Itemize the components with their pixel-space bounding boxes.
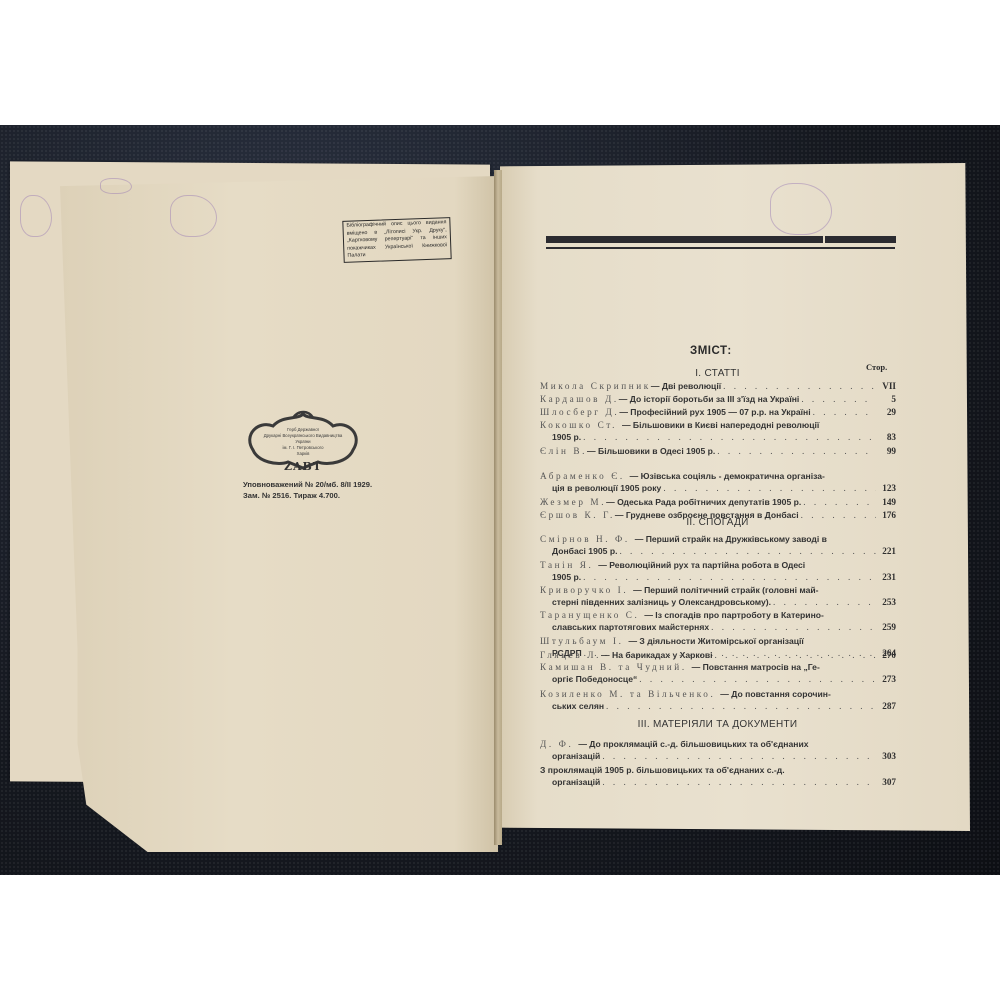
section-heading: ІІ. СПОГАДИ <box>540 517 895 528</box>
entry-title-cont: оргіє Победоносце“ <box>552 674 637 686</box>
leader-dots <box>723 381 876 393</box>
entry-title: — Дві революції <box>651 381 721 393</box>
toc-entry: Гляцев Л. — На барикадах у Харкові270 <box>540 650 896 662</box>
entry-title: — Революційний рух та партійна робота в … <box>598 560 805 570</box>
entry-author: Шлосберг Д. <box>540 407 619 419</box>
ornament-text: Герб Державної Друкарні Всеукраїнського … <box>263 427 343 457</box>
entry-page: 259 <box>878 622 896 634</box>
entry-page: 99 <box>878 446 896 458</box>
entry-author: Єлін В. <box>540 446 587 458</box>
toc-title: ЗМІСТ: <box>690 345 732 357</box>
entry-page: 5 <box>878 394 896 406</box>
leader-dots <box>639 674 876 686</box>
leader-dots <box>619 546 876 558</box>
entry-title: — Більшовики в Києві напередодні революц… <box>622 420 819 430</box>
entry-page: 123 <box>878 483 896 495</box>
entry-author: Камишан В. та Чудний. <box>540 662 692 672</box>
entry-title: — На барикадах у Харкові <box>601 650 713 662</box>
entry-title: — Юзівська соціяль - демократична органі… <box>630 471 825 481</box>
toc-entry: Єлін В. — Більшовики в Одесі 1905 р.99 <box>540 446 896 458</box>
toc-entry: Криворучко І. — Перший політичний страйк… <box>540 585 896 608</box>
rule-gap <box>823 236 825 243</box>
entry-title: — Одеська Рада робітничих депутатів 1905… <box>606 497 801 509</box>
leader-dots <box>813 407 876 419</box>
entry-author: Кокошко Ст. <box>540 420 622 430</box>
leader-dots <box>715 650 877 662</box>
toc-entry: Жезмер М. — Одеська Рада робітничих депу… <box>540 497 896 509</box>
leader-dots <box>773 597 876 609</box>
entry-title: — Із спогадів про партроботу в Катерино- <box>644 610 824 620</box>
entry-author: Козиленко М. та Вільченко. <box>540 689 720 699</box>
toc-entry: Д. Ф. — До проклямацій с.-д. більшовицьк… <box>540 739 896 762</box>
leader-dots <box>602 777 876 789</box>
book-spine <box>494 170 502 845</box>
ink-stain <box>20 195 52 237</box>
leader-dots <box>583 572 876 584</box>
entry-title-cont: організацій <box>552 777 600 789</box>
entry-author: Абраменко Є. <box>540 471 630 481</box>
entry-title: — До проклямацій с.-д. більшовицьких та … <box>578 739 808 749</box>
entry-author: Таранущенко С. <box>540 610 644 620</box>
leader-dots <box>663 483 876 495</box>
section-heading: І. СТАТТІ <box>540 368 895 379</box>
toc-entry: Микола Скрипник — Дві революціїVII <box>540 381 896 393</box>
printer-ornament: Герб Державної Друкарні Всеукраїнського … <box>243 410 363 476</box>
entry-title-cont: ських селян <box>552 701 604 713</box>
entry-author: Микола Скрипник <box>540 381 651 393</box>
entry-page: VII <box>878 381 896 393</box>
entry-title: — Повстання матросів на „Ге- <box>692 662 820 672</box>
ink-stain <box>100 178 132 194</box>
toc-entry: Кокошко Ст. — Більшовики в Києві наперед… <box>540 420 896 443</box>
entry-page: 307 <box>878 777 896 789</box>
leader-dots <box>711 622 876 634</box>
entry-page: 149 <box>878 497 896 509</box>
toc-entry: З проклямацій 1905 р. більшовицьких та о… <box>540 765 896 788</box>
entry-page: 287 <box>878 701 896 713</box>
entry-title-cont: організацій <box>552 751 600 763</box>
entry-title: — Перший страйк на Дружківському заводі … <box>635 534 827 544</box>
leader-dots <box>801 394 876 406</box>
toc-entry: Танін Я. — Революційний рух та партійна … <box>540 560 896 583</box>
entry-page: 253 <box>878 597 896 609</box>
entry-author: Танін Я. <box>540 560 598 570</box>
entry-page: 221 <box>878 546 896 558</box>
toc-entry: Кардашов Д. — До історії боротьби за ІІІ… <box>540 394 896 406</box>
entry-title-cont: Донбасі 1905 р. <box>552 546 617 558</box>
entry-author: Д. Ф. <box>540 739 578 749</box>
toc-entry: Абраменко Є. — Юзівська соціяль - демокр… <box>540 471 896 494</box>
entry-author: Кардашов Д. <box>540 394 619 406</box>
leader-dots <box>717 446 876 458</box>
entry-title: — Перший політичний страйк (головні май- <box>633 585 818 595</box>
entry-title: — Професійний рух 1905 — 07 р.р. на Укра… <box>619 407 810 419</box>
entry-title-cont: стерні південних залізниць у Олександров… <box>552 597 771 609</box>
ink-stain <box>170 195 217 237</box>
toc-entry: Камишан В. та Чудний. — Повстання матрос… <box>540 662 896 685</box>
entry-page: 29 <box>878 407 896 419</box>
entry-page: 303 <box>878 751 896 763</box>
entry-title-cont: 1905 р. <box>552 572 581 584</box>
leader-dots <box>606 701 876 713</box>
entry-page: 231 <box>878 572 896 584</box>
leader-dots <box>602 751 876 763</box>
toc-entry: Смірнов Н. Ф. — Перший страйк на Дружків… <box>540 534 896 557</box>
header-rule-thin <box>546 247 895 249</box>
leader-dots <box>583 432 876 444</box>
entry-author: Штульбаум І. <box>540 636 628 646</box>
entry-author: Гляцев Л. <box>540 650 601 662</box>
entry-page: 270 <box>878 650 896 662</box>
toc-entry: Козиленко М. та Вільченко. — До повстанн… <box>540 689 896 712</box>
imprint-info: Уповноважений № 20/мб. 8/II 1929. Зам. №… <box>243 479 393 501</box>
leader-dots <box>803 497 876 509</box>
toc-entry: Шлосберг Д. — Професійний рух 1905 — 07 … <box>540 407 896 419</box>
entry-title: — Більшовики в Одесі 1905 р. <box>587 446 715 458</box>
entry-title: З проклямацій 1905 р. більшовицьких та о… <box>540 765 785 775</box>
entry-author: Смірнов Н. Ф. <box>540 534 635 544</box>
entry-title-cont: 1905 р. <box>552 432 581 444</box>
bibliographic-stamp: Бібліографічний опис цього видання вміще… <box>342 217 451 263</box>
left-page <box>60 176 498 852</box>
entry-author: Криворучко І. <box>540 585 633 595</box>
entry-title: — До історії боротьби за ІІІ з'їзд на Ук… <box>619 394 800 406</box>
ornament-monogram: ZABT <box>278 460 328 473</box>
toc-entry: Таранущенко С. — Із спогадів про партроб… <box>540 610 896 633</box>
entry-page: 83 <box>878 432 896 444</box>
header-rule-thick <box>546 236 896 243</box>
entry-page: 273 <box>878 674 896 686</box>
entry-title-cont: славських партотягових майстернях <box>552 622 709 634</box>
section-heading: ІІІ. МАТЕРІЯЛИ ТА ДОКУМЕНТИ <box>540 719 895 730</box>
entry-title: — З діяльности Житомірської організації <box>628 636 803 646</box>
entry-title: — До повстання сорочин- <box>720 689 831 699</box>
entry-title-cont: ція в революції 1905 року <box>552 483 661 495</box>
entry-author: Жезмер М. <box>540 497 606 509</box>
